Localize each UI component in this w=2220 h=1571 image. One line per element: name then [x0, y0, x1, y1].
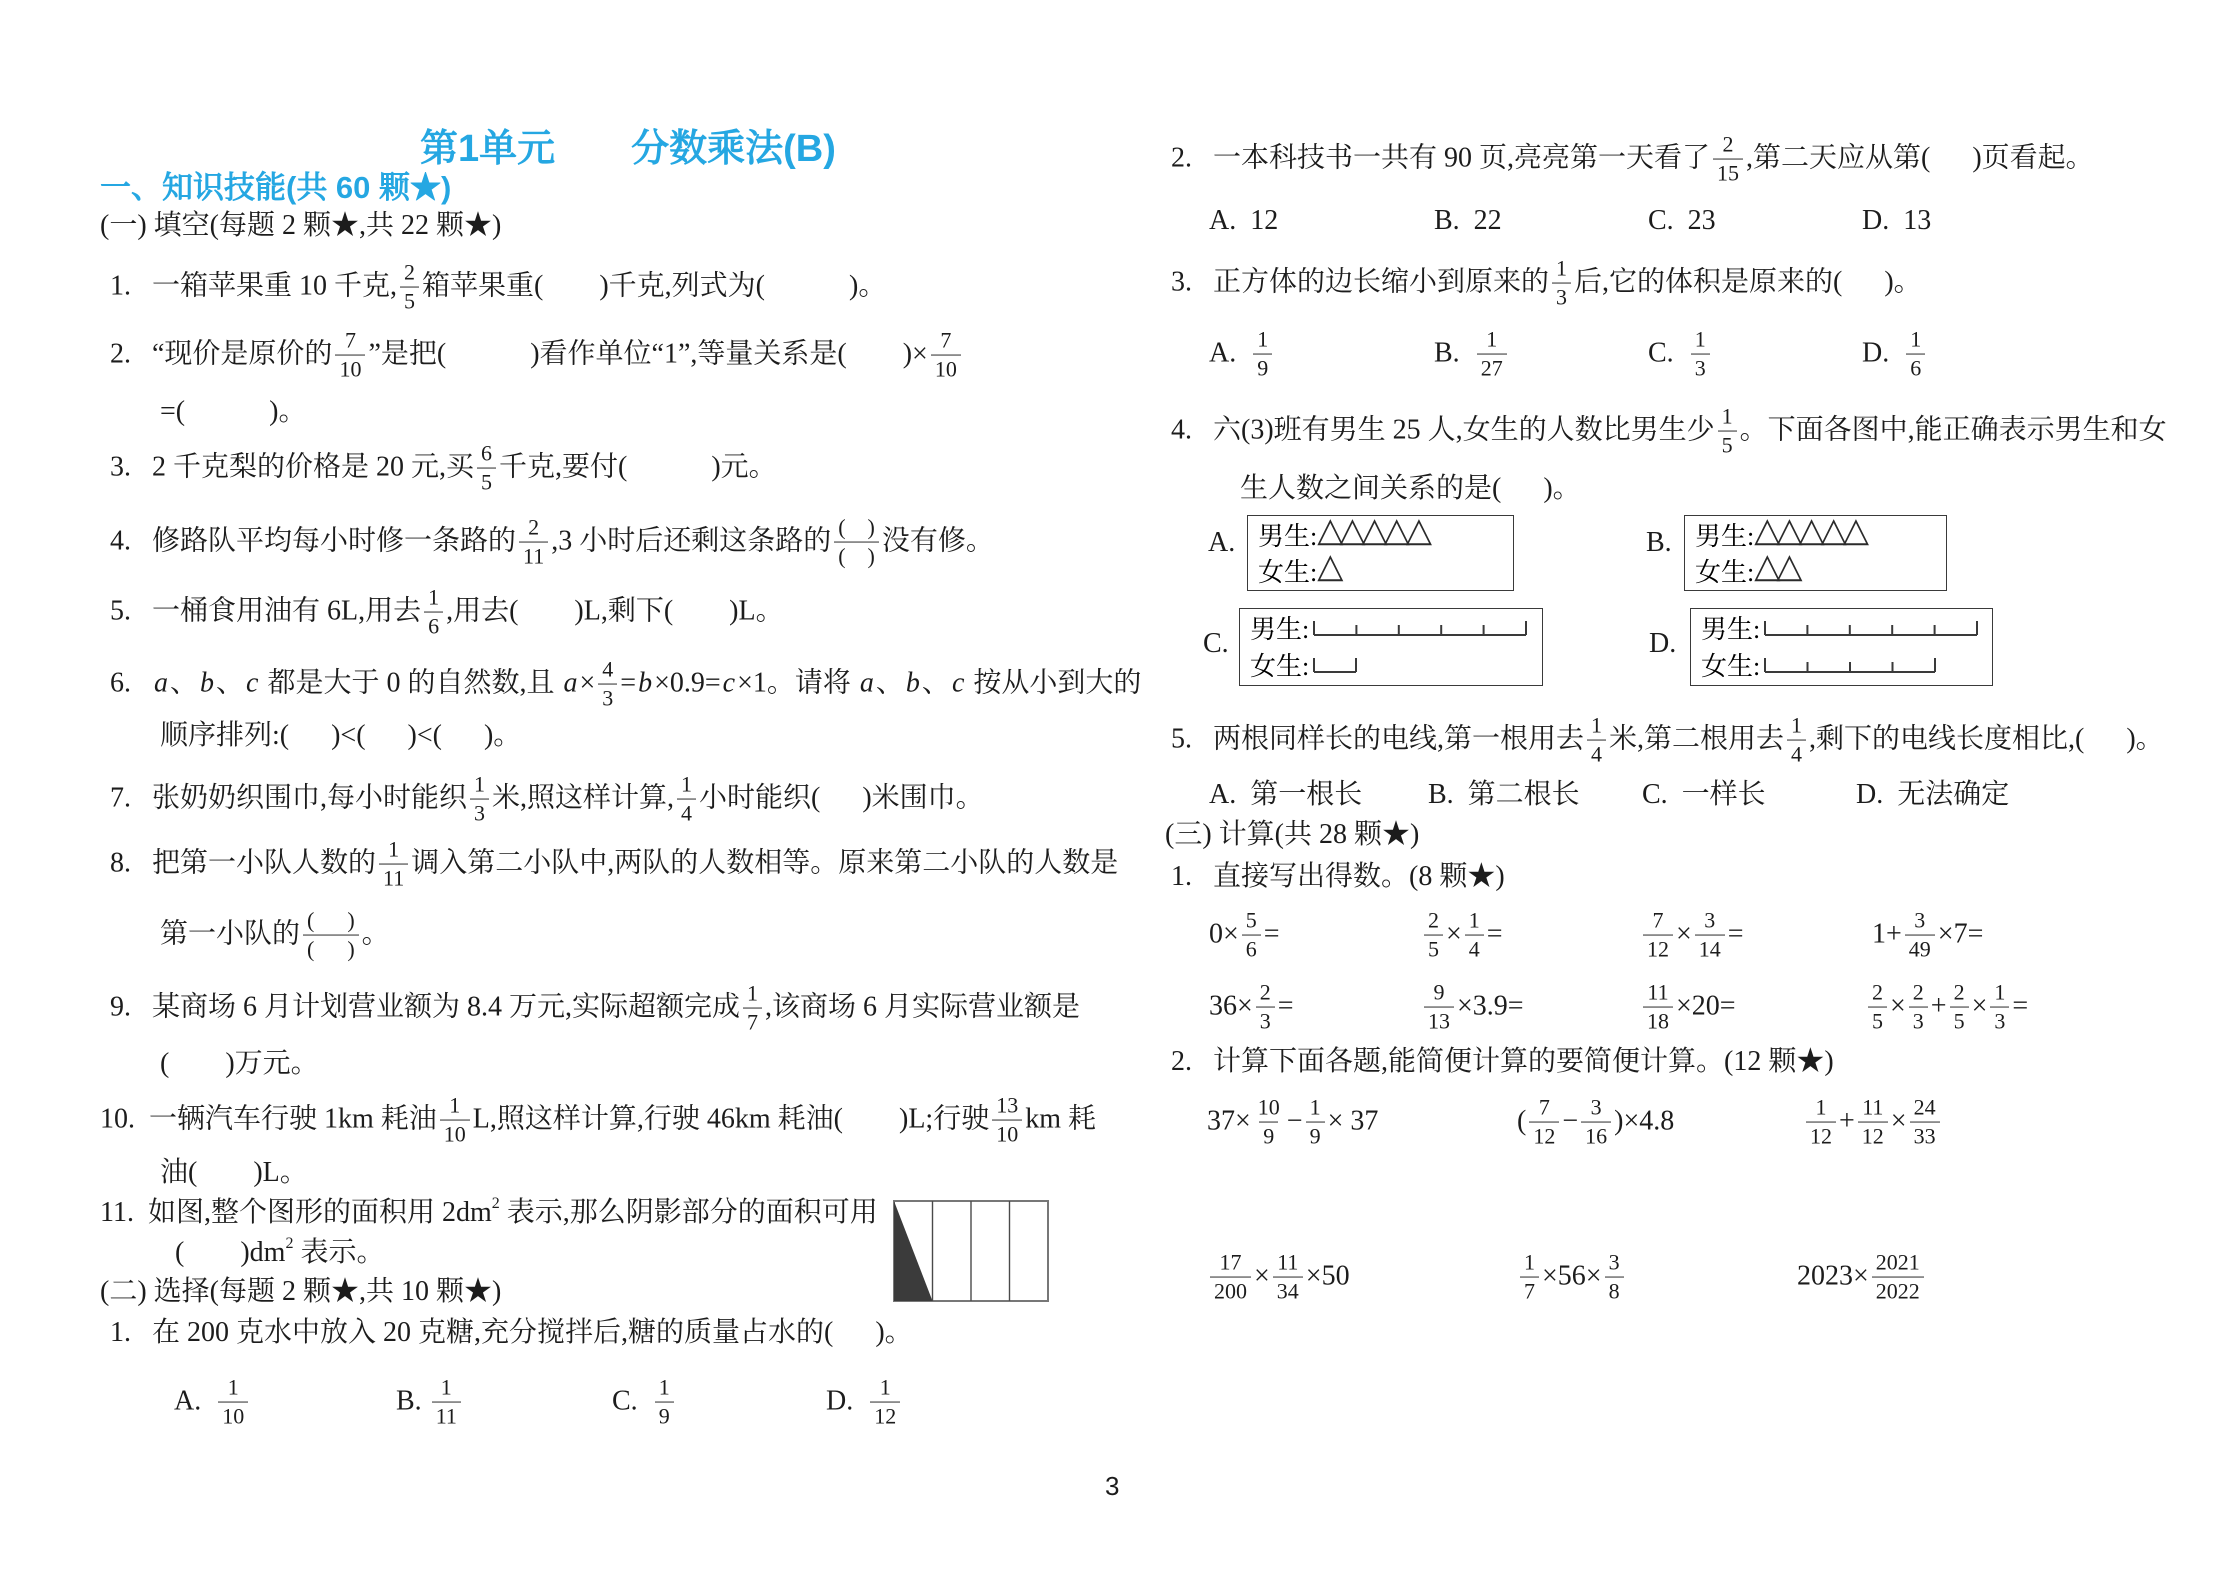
text: =	[2012, 991, 2028, 1023]
text: ( )dm	[175, 1237, 285, 1269]
text: )×4.8	[1614, 1106, 1674, 1138]
text: 5. 两根同样长的电线,第一根用去	[1171, 724, 1584, 756]
fill-q8-line2: 第一小队的( )( )。	[160, 908, 390, 963]
fraction: 215	[1713, 132, 1743, 187]
calc-q1-expr-5: 36×23=	[1209, 980, 1294, 1035]
fraction: 211	[519, 515, 548, 570]
math-variable: b	[198, 668, 216, 700]
choice-q2-option-a: A. 12	[1209, 205, 1278, 237]
diagram-d-row: 女生:	[1691, 646, 1992, 683]
fill-q4: 4. 修路队平均每小时修一条路的211,3 小时后还剩这条路的( )( )没有修…	[110, 515, 994, 570]
fraction: 710	[335, 328, 365, 383]
text: D. 13	[1862, 205, 1931, 237]
text: A.	[174, 1386, 215, 1418]
text: ×	[1446, 919, 1462, 951]
text: 1. 一箱苹果重 10 千克,	[110, 271, 397, 303]
text: D.	[1649, 628, 1676, 660]
fraction: 710	[931, 328, 961, 383]
shaded-triangle	[894, 1201, 933, 1301]
fraction: 20212022	[1872, 1250, 1924, 1305]
text: ×	[1254, 1261, 1270, 1293]
text: 3. 正方体的边长缩小到原来的	[1171, 267, 1549, 299]
fraction: 127	[1477, 327, 1507, 382]
calc-q2-expr-4: 17200×1134×50	[1207, 1250, 1350, 1305]
segment-bar	[1764, 618, 1980, 638]
fraction: 1134	[1273, 1250, 1303, 1305]
text: ( )万元。	[160, 1048, 319, 1080]
choice-q1-option-c: C. 19	[612, 1375, 677, 1430]
choice-q1-option-a: A. 110	[174, 1375, 251, 1430]
row-label: 女生:	[1258, 552, 1317, 589]
row-label: 女生:	[1695, 552, 1754, 589]
triangle-icons: △	[1317, 550, 1339, 584]
calc-q2-expr-6: 2023×20212022	[1797, 1250, 1927, 1305]
text: ×	[579, 668, 595, 700]
text: 没有修。	[882, 526, 994, 558]
text: 7. 张奶奶织围巾,每小时能织	[110, 783, 467, 815]
text: 第一小队的	[160, 919, 300, 951]
text: 。下面各图中,能正确表示男生和女	[1740, 415, 2167, 447]
fraction: 19	[1253, 327, 1272, 382]
math-variable: a	[152, 668, 170, 700]
math-variable: c	[244, 668, 260, 700]
text: +	[1839, 1106, 1855, 1138]
text: ×56×	[1542, 1261, 1602, 1293]
calc-q2-expr-3: 112+1112×2433	[1803, 1095, 1943, 1150]
diagram-a-row: 男生:△△△△△	[1248, 516, 1513, 552]
fraction: 111	[432, 1375, 461, 1430]
fraction: 13	[470, 772, 489, 827]
calc-heading: (三) 计算(共 28 颗★)	[1165, 819, 1419, 851]
text: −	[1287, 1106, 1303, 1138]
choice-q1-option-b: B. 111	[396, 1375, 464, 1430]
choice-q5-option-b: B. 第二根长	[1428, 779, 1580, 811]
text: 10. 一辆汽车行驶 1km 耗油	[100, 1104, 437, 1136]
text: ×50	[1306, 1261, 1350, 1293]
text: ×1。请将	[737, 668, 858, 700]
text: 、	[876, 668, 904, 700]
calc-q2-expr-1: 37×109−19× 37	[1207, 1095, 1378, 1150]
fraction: 316	[1581, 1095, 1611, 1150]
fraction: ( )( )	[834, 515, 879, 570]
choice-q2-option-c: C. 23	[1648, 205, 1716, 237]
choice-q1-option-d: D. 112	[826, 1375, 903, 1430]
text: (	[1517, 1106, 1526, 1138]
text: ×7=	[1938, 919, 1984, 951]
row-label: 女生:	[1250, 646, 1309, 683]
text: B. 22	[1434, 205, 1502, 237]
fraction: 314	[1695, 908, 1725, 963]
text: 后,它的体积是原来的( )。	[1574, 267, 1922, 299]
choice-q5-option-a: A. 第一根长	[1209, 779, 1362, 811]
calc-q1-expr-8: 25×23+25×13=	[1865, 980, 2028, 1035]
triangle-icons: △△△△△	[1754, 514, 1865, 548]
text: C.	[612, 1386, 652, 1418]
text: × 37	[1328, 1106, 1379, 1138]
text: 表示。	[293, 1237, 384, 1269]
text: 36×	[1209, 991, 1253, 1023]
fraction: 712	[1529, 1095, 1559, 1150]
row-label: 男生:	[1258, 516, 1317, 553]
superscript: 2	[492, 1195, 500, 1213]
page-number: 3	[1105, 1472, 1119, 1502]
fraction: 110	[218, 1375, 248, 1430]
text: A.	[1208, 527, 1235, 559]
diagram-a: 男生:△△△△△女生:△	[1247, 515, 1514, 591]
diagram-label-b: B.	[1646, 527, 1672, 559]
fill-q5: 5. 一桶食用油有 6L,用去16,用去( )L,剩下( )L。	[110, 585, 784, 640]
text: 4. 六(3)班有男生 25 人,女生的人数比男生少	[1171, 415, 1715, 447]
choice-q2-line1: 2. 一本科技书一共有 90 页,亮亮第一天看了215,第二天应从第( )页看起…	[1171, 132, 2094, 187]
text: 米,第二根用去	[1609, 724, 1784, 756]
text: 9. 某商场 6 月计划营业额为 8.4 万元,实际超额完成	[110, 992, 740, 1024]
calc-q1-expr-2: 25×14=	[1421, 908, 1503, 963]
calc-q1-expr-7: 1118×20=	[1640, 980, 1736, 1035]
fraction: 13	[1691, 327, 1710, 382]
text: 千克,要付( )元。	[499, 452, 777, 484]
text: A.	[1209, 338, 1250, 370]
fraction: 110	[440, 1093, 470, 1148]
calc-q1-expr-1: 0×56=	[1209, 908, 1280, 963]
fraction: 14	[1465, 908, 1484, 963]
text: 小时能织( )米围巾。	[699, 783, 984, 815]
text: 1. 在 200 克水中放入 20 克糖,充分搅拌后,糖的质量占水的( )。	[110, 1317, 913, 1349]
text: D.	[826, 1386, 867, 1418]
math-variable: a	[858, 668, 876, 700]
choice-q2-option-b: B. 22	[1434, 205, 1502, 237]
shaded-strips-figure	[893, 1200, 1049, 1302]
row-label: 男生:	[1701, 609, 1760, 646]
text: ×	[1890, 991, 1906, 1023]
choice-q5-option-d: D. 无法确定	[1856, 779, 2009, 811]
fill-q11-line2: ( )dm2 表示。	[175, 1237, 384, 1269]
text: ,剩下的电线长度相比,( )。	[1809, 724, 2164, 756]
fraction: 1118	[1643, 980, 1673, 1035]
text: 6.	[110, 668, 152, 700]
choice-q4-line2: 生人数之间关系的是( )。	[1240, 473, 1581, 505]
choice-q2-option-d: D. 13	[1862, 205, 1931, 237]
fraction: 2433	[1910, 1095, 1940, 1150]
diagram-c-row: 男生:	[1240, 609, 1542, 646]
fill-q6-line2: 顺序排列:( )<( )<( )。	[160, 720, 521, 752]
fraction: 1112	[1858, 1095, 1888, 1150]
text: 调入第二小队中,两队的人数相等。原来第二小队的人数是	[411, 848, 1118, 880]
text: D.	[1862, 338, 1903, 370]
fraction: 56	[1242, 908, 1261, 963]
fraction: 65	[477, 441, 496, 496]
text: B.	[1434, 338, 1474, 370]
fraction: 913	[1424, 980, 1454, 1035]
diagram-b-row: 女生:△△	[1685, 552, 1946, 588]
superscript: 2	[285, 1235, 293, 1253]
row-label: 女生:	[1701, 646, 1760, 683]
fraction: 19	[655, 1375, 674, 1430]
math-variable: b	[904, 668, 922, 700]
text: 2. 计算下面各题,能简便计算的要简便计算。(12 颗★)	[1171, 1046, 1834, 1078]
text: ×20=	[1676, 991, 1736, 1023]
text: 2. 一本科技书一共有 90 页,亮亮第一天看了	[1171, 143, 1710, 175]
text: B.	[1646, 527, 1672, 559]
text: B.	[396, 1386, 429, 1418]
title: 第1单元 分数乘法(B)	[420, 128, 836, 172]
calc-q2-expr-5: 17×56×38	[1517, 1250, 1627, 1305]
choice-q3-option-c: C. 13	[1648, 327, 1713, 382]
choice-q5-line1: 5. 两根同样长的电线,第一根用去14米,第二根用去14,剩下的电线长度相比,(…	[1171, 713, 2164, 768]
text: L,照这样计算,行驶 46km 耗油( )L;行驶	[473, 1104, 989, 1136]
fraction: 17	[743, 981, 762, 1036]
fraction: 25	[1950, 980, 1969, 1035]
text: 米,照这样计算,	[492, 783, 674, 815]
text: ×0.9=	[654, 668, 721, 700]
text: 表示,那么阴影部分的面积可用	[500, 1197, 878, 1229]
triangle-icons: △△	[1754, 550, 1798, 584]
text: km 耗	[1025, 1104, 1096, 1136]
text: 、	[922, 668, 950, 700]
text: 2023×	[1797, 1261, 1869, 1293]
fill-q9-line1: 9. 某商场 6 月计划营业额为 8.4 万元,实际超额完成17,该商场 6 月…	[110, 981, 1080, 1036]
fraction: 23	[1909, 980, 1928, 1035]
segment-bar	[1764, 655, 1938, 675]
fraction: 16	[1906, 327, 1925, 382]
choice-q3-option-a: A. 19	[1209, 327, 1275, 382]
text: (二) 选择(每题 2 颗★,共 10 颗★)	[100, 1276, 501, 1308]
calc-q1-expr-4: 1+349×7=	[1872, 908, 1983, 963]
text: =	[1264, 919, 1280, 951]
fraction: 111	[379, 837, 408, 892]
fraction: 25	[1424, 908, 1443, 963]
diagram-label-c: C.	[1203, 628, 1229, 660]
fraction: 349	[1905, 908, 1935, 963]
fraction: 112	[870, 1375, 900, 1430]
text: ”是把( )看作单位“1”,等量关系是( )×	[368, 339, 927, 371]
row-label: 男生:	[1250, 609, 1309, 646]
fraction: 1310	[992, 1093, 1022, 1148]
text: ,第二天应从第( )页看起。	[1746, 143, 2094, 175]
text: −	[1562, 1106, 1578, 1138]
text: C. 23	[1648, 205, 1716, 237]
fill-heading: (一) 填空(每题 2 颗★,共 22 颗★)	[100, 210, 501, 242]
text: D. 无法确定	[1856, 779, 2009, 811]
text: 11. 如图,整个图形的面积用 2dm	[100, 1197, 492, 1229]
fraction: 25	[1868, 980, 1887, 1035]
diagram-label-a: A.	[1208, 527, 1235, 559]
calc-q1-heading: 1. 直接写出得数。(8 颗★)	[1171, 861, 1505, 893]
fraction: 14	[677, 772, 696, 827]
text: 1. 直接写出得数。(8 颗★)	[1171, 861, 1505, 893]
text: =	[1487, 919, 1503, 951]
fraction: 17200	[1210, 1250, 1251, 1305]
section-1-heading: 一、知识技能(共 60 颗★)	[100, 170, 451, 206]
text: (三) 计算(共 28 颗★)	[1165, 819, 1419, 851]
text: 37×	[1207, 1106, 1251, 1138]
fraction: 17	[1520, 1250, 1539, 1305]
text: C. 一样长	[1642, 779, 1766, 811]
math-variable: a	[561, 668, 579, 700]
diagram-d: 男生:女生:	[1690, 608, 1993, 686]
fraction: 112	[1806, 1095, 1836, 1150]
choice-q3-option-b: B. 127	[1434, 327, 1510, 382]
fill-q10-line1: 10. 一辆汽车行驶 1km 耗油110L,照这样计算,行驶 46km 耗油( …	[100, 1093, 1096, 1148]
text: B. 第二根长	[1428, 779, 1580, 811]
fill-q2-line2: =( )。	[160, 396, 306, 428]
text: 3	[1105, 1472, 1119, 1502]
text: A. 第一根长	[1209, 779, 1362, 811]
text: ,该商场 6 月实际营业额是	[765, 992, 1080, 1024]
fraction: 14	[1587, 713, 1606, 768]
choice-heading: (二) 选择(每题 2 颗★,共 10 颗★)	[100, 1276, 501, 1308]
fill-q9-line2: ( )万元。	[160, 1048, 319, 1080]
text: 生人数之间关系的是( )。	[1240, 473, 1581, 505]
text: 0×	[1209, 919, 1239, 951]
text: C.	[1203, 628, 1229, 660]
fraction: 14	[1787, 713, 1806, 768]
text: 顺序排列:( )<( )<( )。	[160, 720, 521, 752]
fill-q1: 1. 一箱苹果重 10 千克,25箱苹果重( )千克,列式为( )。	[110, 260, 886, 315]
choice-q4-line1: 4. 六(3)班有男生 25 人,女生的人数比男生少15。下面各图中,能正确表示…	[1171, 404, 2167, 459]
fraction: 25	[400, 260, 419, 315]
diagram-d-row: 男生:	[1691, 609, 1992, 646]
text: 第1单元 分数乘法(B)	[420, 128, 836, 172]
fraction: 23	[1256, 980, 1275, 1035]
triangle-icons: △△△△△	[1317, 514, 1428, 548]
text: 箱苹果重( )千克,列式为( )。	[422, 271, 886, 303]
fill-q10-line2: 油( )L。	[160, 1157, 308, 1189]
choice-q1: 1. 在 200 克水中放入 20 克糖,充分搅拌后,糖的质量占水的( )。	[110, 1317, 913, 1349]
fill-q7: 7. 张奶奶织围巾,每小时能织13米,照这样计算,14小时能织( )米围巾。	[110, 772, 984, 827]
fill-q6-line1: 6. a、b、c 都是大于 0 的自然数,且 a×43=b×0.9=c×1。请将…	[110, 657, 1141, 712]
text: 油( )L。	[160, 1157, 308, 1189]
text: 、	[170, 668, 198, 700]
text: ,3 小时后还剩这条路的	[551, 526, 831, 558]
text: 1+	[1872, 919, 1902, 951]
diagram-c-row: 女生:	[1240, 646, 1542, 683]
calc-q2-expr-2: (712−316)×4.8	[1517, 1095, 1674, 1150]
row-label: 男生:	[1695, 516, 1754, 553]
text: A. 12	[1209, 205, 1278, 237]
text: +	[1931, 991, 1947, 1023]
diagram-label-d: D.	[1649, 628, 1676, 660]
diagram-b-row: 男生:△△△△△	[1685, 516, 1946, 552]
fill-q2-line1: 2. “现价是原价的710”是把( )看作单位“1”,等量关系是( )×710	[110, 328, 964, 383]
text: 都是大于 0 的自然数,且	[260, 668, 561, 700]
choice-q5-option-c: C. 一样长	[1642, 779, 1766, 811]
text: 5. 一桶食用油有 6L,用去	[110, 596, 421, 628]
choice-q3-line1: 3. 正方体的边长缩小到原来的13后,它的体积是原来的( )。	[1171, 256, 1922, 311]
text: 、	[216, 668, 244, 700]
text: ×3.9=	[1457, 991, 1524, 1023]
math-variable: b	[636, 668, 654, 700]
text: 3. 2 千克梨的价格是 20 元,买	[110, 452, 474, 484]
calc-q1-expr-3: 712×314=	[1640, 908, 1744, 963]
worksheet-page: 第1单元 分数乘法(B)一、知识技能(共 60 颗★)(一) 填空(每题 2 颗…	[0, 0, 2220, 1571]
fill-q3: 3. 2 千克梨的价格是 20 元,买65千克,要付( )元。	[110, 441, 777, 496]
fill-q8-line1: 8. 把第一小队人数的111调入第二小队中,两队的人数相等。原来第二小队的人数是	[110, 837, 1118, 892]
text: ×	[1676, 919, 1692, 951]
text: 按从小到大的	[966, 668, 1141, 700]
calc-q2-heading: 2. 计算下面各题,能简便计算的要简便计算。(12 颗★)	[1171, 1046, 1834, 1078]
text: 8. 把第一小队人数的	[110, 848, 376, 880]
fraction: 43	[598, 657, 617, 712]
fraction: 109	[1254, 1095, 1284, 1150]
text: 2. “现价是原价的	[110, 339, 332, 371]
text: =( )。	[160, 396, 306, 428]
diagram-c: 男生:女生:	[1239, 608, 1543, 686]
math-variable: c	[950, 668, 966, 700]
fill-q11-line1: 11. 如图,整个图形的面积用 2dm2 表示,那么阴影部分的面积可用	[100, 1197, 878, 1229]
diagram-a-row: 女生:△	[1248, 552, 1513, 588]
fraction: 38	[1605, 1250, 1624, 1305]
choice-q3-option-d: D. 16	[1862, 327, 1928, 382]
text: ×	[1972, 991, 1988, 1023]
fraction: 15	[1718, 404, 1737, 459]
calc-q1-expr-6: 913×3.9=	[1421, 980, 1524, 1035]
fraction: 13	[1552, 256, 1571, 311]
fraction: 13	[1990, 980, 2009, 1035]
fraction: 16	[424, 585, 443, 640]
text: 一、知识技能(共 60 颗★)	[100, 170, 451, 206]
text: 。	[362, 919, 390, 951]
fraction: ( )( )	[303, 908, 359, 963]
diagram-b: 男生:△△△△△女生:△△	[1684, 515, 1947, 591]
text: =	[1728, 919, 1744, 951]
text: ,用去( )L,剩下( )L。	[446, 596, 784, 628]
text: (一) 填空(每题 2 颗★,共 22 颗★)	[100, 210, 501, 242]
math-variable: c	[721, 668, 737, 700]
text: ×	[1891, 1106, 1907, 1138]
fraction: 19	[1306, 1095, 1325, 1150]
text: 4. 修路队平均每小时修一条路的	[110, 526, 516, 558]
text: C.	[1648, 338, 1688, 370]
text: =	[1278, 991, 1294, 1023]
fraction: 712	[1643, 908, 1673, 963]
text: =	[620, 668, 636, 700]
segment-bar	[1313, 618, 1529, 638]
segment-bar	[1313, 655, 1359, 675]
